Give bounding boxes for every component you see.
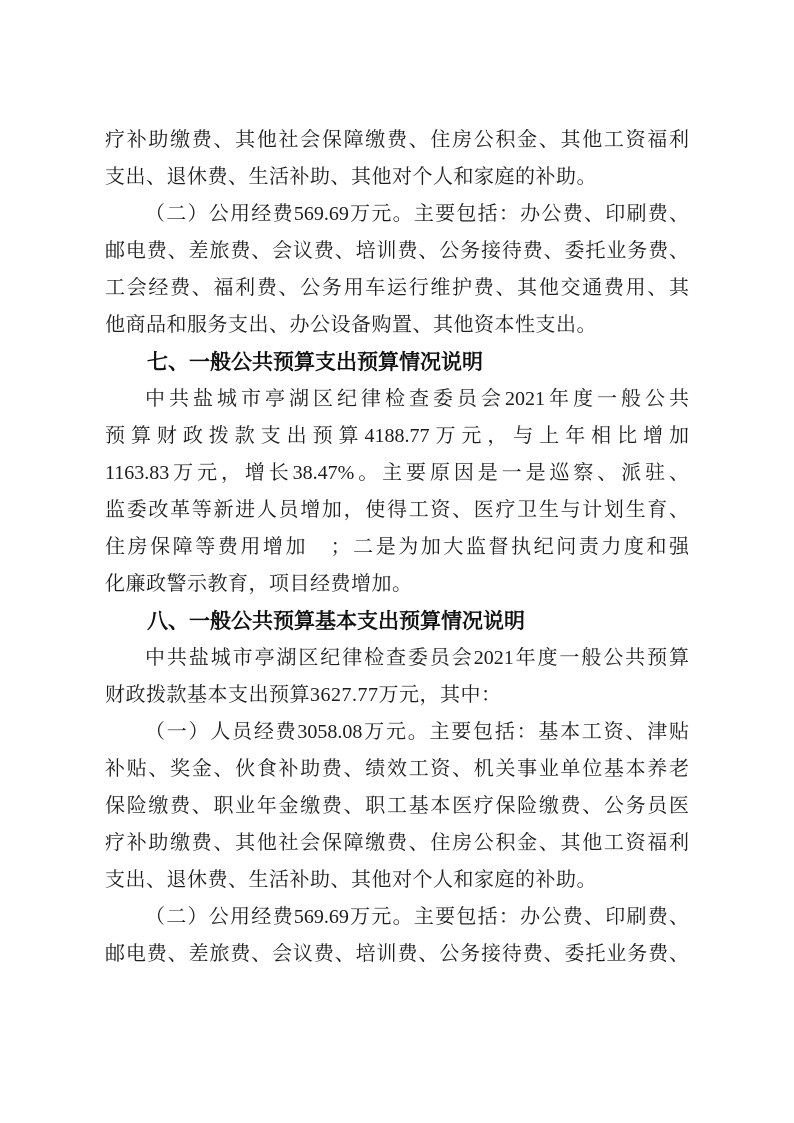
document-page: 疗补助缴费、其他社会保障缴费、住房公积金、其他工资福利支出、退休费、生活补助、其… <box>0 0 794 1123</box>
text-line: 中共盐城市亭湖区纪律检查委员会2021年度一般公共 <box>105 381 689 418</box>
text-line: 支出、退休费、生活补助、其他对个人和家庭的补助。 <box>105 862 689 899</box>
section-heading: 八、一般公共预算基本支出预算情况说明 <box>105 603 689 640</box>
text-line: 邮电费、差旅费、会议费、培训费、公务接待费、委托业务费、 <box>105 233 689 270</box>
document-content: 疗补助缴费、其他社会保障缴费、住房公积金、其他工资福利支出、退休费、生活补助、其… <box>105 122 689 973</box>
text-line: 工会经费、福利费、公务用车运行维护费、其他交通费用、其 <box>105 270 689 307</box>
text-line: （二）公用经费569.69万元。主要包括：办公费、印刷费、 <box>105 196 689 233</box>
section-heading: 七、一般公共预算支出预算情况说明 <box>105 344 689 381</box>
text-line: 住房保障等费用增加 ；二是为加大监督执纪问责力度和强 <box>105 529 689 566</box>
text-line: 化廉政警示教育，项目经费增加。 <box>105 566 689 603</box>
text-line: 中共盐城市亭湖区纪律检查委员会2021年度一般公共预算 <box>105 640 689 677</box>
text-line: （一）人员经费3058.08万元。主要包括：基本工资、津贴 <box>105 714 689 751</box>
text-line: 疗补助缴费、其他社会保障缴费、住房公积金、其他工资福利 <box>105 122 689 159</box>
text-line: 支出、退休费、生活补助、其他对个人和家庭的补助。 <box>105 159 689 196</box>
text-line: 监委改革等新进人员增加，使得工资、医疗卫生与计划生育、 <box>105 492 689 529</box>
text-line: 预算财政拨款支出预算4188.77万元，与上年相比增加 <box>105 418 689 455</box>
text-line: 补贴、奖金、伙食补助费、绩效工资、机关事业单位基本养老 <box>105 751 689 788</box>
text-line: 财政拨款基本支出预算3627.77万元，其中： <box>105 677 689 714</box>
text-line: 1163.83万元，增长38.47%。主要原因是一是巡察、派驻、 <box>105 455 689 492</box>
text-line: 疗补助缴费、其他社会保障缴费、住房公积金、其他工资福利 <box>105 825 689 862</box>
text-line: 他商品和服务支出、办公设备购置、其他资本性支出。 <box>105 307 689 344</box>
text-line: 邮电费、差旅费、会议费、培训费、公务接待费、委托业务费、 <box>105 936 689 973</box>
text-line: 保险缴费、职业年金缴费、职工基本医疗保险缴费、公务员医 <box>105 788 689 825</box>
text-line: （二）公用经费569.69万元。主要包括：办公费、印刷费、 <box>105 899 689 936</box>
